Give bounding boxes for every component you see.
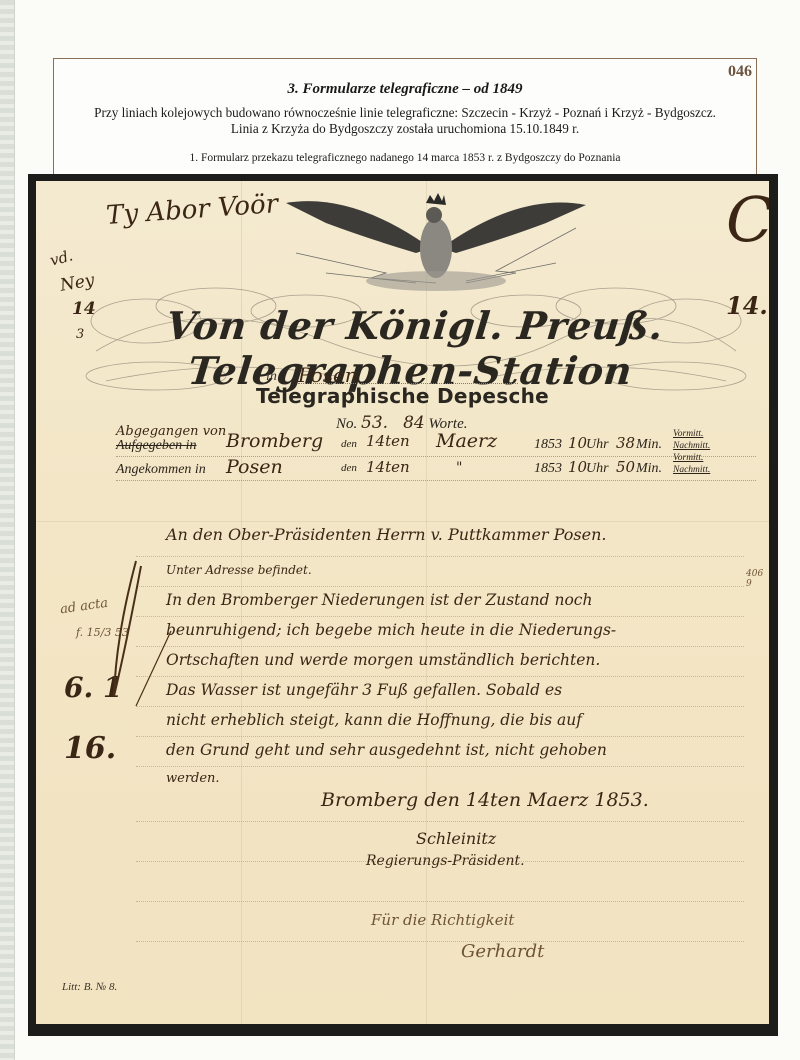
min-label: Min.	[636, 437, 662, 453]
message-line: nicht erheblich steigt, kann die Hoffnun…	[166, 711, 582, 729]
margin-note: 16.	[64, 731, 116, 766]
description-line-2: Linia z Krzyża do Bydgoszczy została uru…	[54, 121, 756, 137]
station-title: Von der Königl. Preuß. Telegraphen-Stati…	[91, 303, 733, 393]
departed-place: Bromberg	[226, 430, 323, 452]
message-line: beunruhigend; ich begebe mich heute in d…	[166, 621, 616, 639]
ampm-selected: Vormitt.	[673, 429, 703, 439]
copy-signature: Gerhardt	[461, 941, 544, 962]
description-line-1: Przy liniach kolejowych budowano równocz…	[54, 105, 756, 121]
charge-mark: C.	[726, 189, 769, 251]
album-binding-strip	[0, 0, 15, 1060]
dotted-line	[136, 941, 744, 943]
message-line: den Grund geht und sehr ausgedehnt ist, …	[166, 741, 607, 759]
ampm-struck: Nachmitt.	[673, 441, 710, 451]
margin-note: vd.	[48, 246, 75, 269]
word-count: 84	[403, 413, 425, 433]
arrived-label: Angekommen in	[116, 462, 206, 478]
dotted-line	[136, 676, 744, 678]
margin-note: 14	[72, 299, 96, 319]
arrived-day: 14ten	[366, 458, 410, 476]
ampm-selected: Vormitt.	[673, 453, 703, 463]
departed-label-printed: Aufgegeben in	[116, 438, 196, 454]
dotted-line	[136, 766, 744, 768]
arrived-row: Angekommen in Posen den 14ten " 1853 10 …	[116, 458, 756, 481]
section-title: 3. Formularze telegraficzne – od 1849	[54, 81, 756, 98]
uhr-label: Uhr	[586, 437, 609, 453]
dotted-line	[136, 616, 744, 618]
dotted-line	[136, 646, 744, 648]
signature-title: Regierungs-Präsident.	[366, 853, 525, 869]
fold-line	[36, 521, 769, 522]
message-line: In den Bromberger Niederungen ist der Zu…	[166, 591, 592, 609]
departed-day: 14ten	[366, 432, 410, 450]
message-line: Ortschaften und werde morgen umständlich…	[166, 651, 600, 669]
message-addressee: An den Ober-Präsidenten Herrn v. Puttkam…	[166, 525, 606, 544]
message-line: Unter Adresse befindet.	[166, 563, 312, 577]
departed-year: 1853	[534, 437, 562, 453]
departed-label-handwritten: Abgegangen von	[116, 424, 226, 439]
dotted-line	[136, 821, 744, 823]
place-date: Bromberg den 14ten Maerz 1853.	[321, 789, 649, 811]
arrived-place: Posen	[226, 456, 283, 478]
dotted-line	[136, 901, 744, 903]
departed-hour: 10	[568, 434, 587, 452]
in-label: in	[266, 369, 277, 385]
departed-month: Maerz	[436, 430, 497, 452]
margin-note: 3	[76, 327, 84, 342]
min-label: Min.	[636, 461, 662, 477]
arrived-month: "	[456, 460, 462, 476]
copy-note: Für die Richtigkeit	[371, 911, 514, 929]
dotted-line	[136, 736, 744, 738]
den-label: den	[341, 462, 357, 474]
departed-row: Abgegangen von Aufgegeben in Bromberg de…	[116, 434, 756, 457]
telegram-form: Ty Abor Voör vd. Ney 14 3 C. 14. Von der…	[36, 181, 769, 1024]
arrived-minutes: 50	[616, 458, 635, 476]
ampm-struck: Nachmitt.	[673, 465, 710, 475]
item-caption: 1. Formularz przekazu telegraficznego na…	[54, 152, 756, 164]
uhr-label: Uhr	[586, 461, 609, 477]
crowned-eagle-emblem	[266, 183, 606, 293]
message-line: Das Wasser ist ungefähr 3 Fuß gefallen. …	[166, 681, 562, 699]
den-label: den	[341, 438, 357, 450]
departed-minutes: 38	[616, 434, 635, 452]
pen-stroke	[96, 556, 176, 716]
album-caption-box: 046 3. Formularze telegraficzne – od 184…	[53, 58, 757, 176]
dotted-line	[136, 556, 744, 558]
section-description: Przy liniach kolejowych budowano równocz…	[54, 105, 756, 137]
form-title: Telegraphische Depesche	[36, 384, 769, 408]
form-reference: Litt: B. № 8.	[62, 981, 117, 993]
page-number: 046	[728, 63, 752, 81]
number-value: 53.	[361, 413, 388, 433]
arrived-hour: 10	[568, 458, 587, 476]
message-line: werden.	[166, 771, 220, 786]
arrived-year: 1853	[534, 461, 562, 477]
signature: Schleinitz	[416, 829, 496, 848]
archive-mark: 406 9	[746, 569, 769, 589]
margin-note: Ty Abor Voör	[105, 189, 279, 231]
routing-section: Abgegangen von Aufgegeben in Bromberg de…	[116, 434, 756, 494]
dotted-line	[136, 586, 744, 588]
dotted-line	[136, 706, 744, 708]
number-label: No.	[336, 416, 357, 432]
